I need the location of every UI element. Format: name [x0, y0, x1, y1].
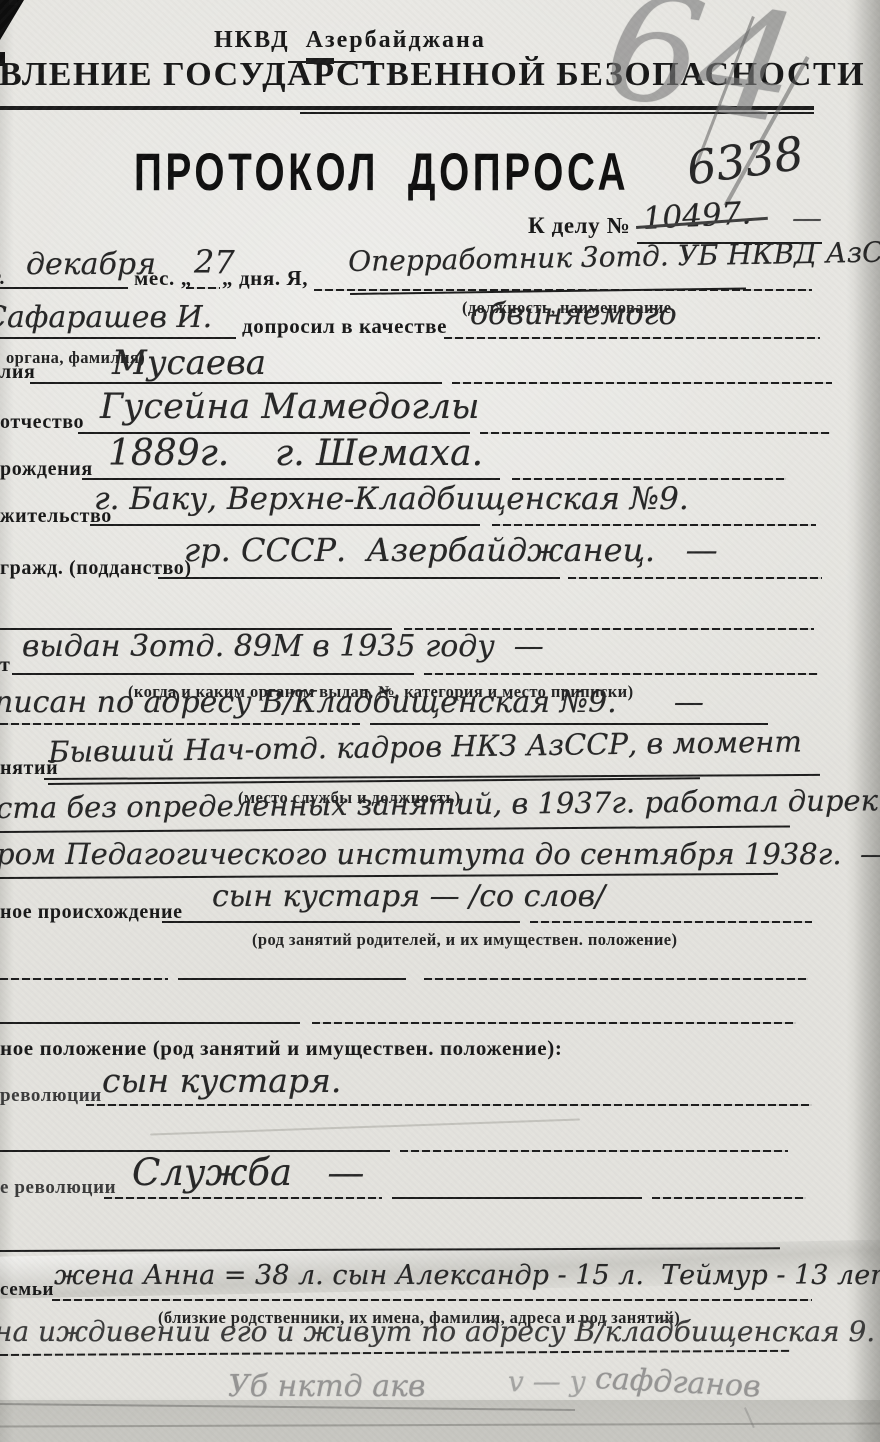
pencil-note-mid: v — у — [508, 1368, 586, 1396]
field-value-name-patronymic: Гусейна Мамедоглы — [100, 390, 480, 425]
scan-edge-nick — [9, 0, 17, 5]
form-rule — [0, 1247, 780, 1252]
field-sublabel-social-origin: (род занятий родителей, и их имуществен.… — [252, 932, 677, 949]
field-value-after-revolution: Служба — — [132, 1154, 364, 1191]
form-rule — [0, 978, 168, 980]
form-rule — [480, 432, 830, 434]
pencil-note-right: сафдганов — [594, 1364, 761, 1403]
scanned-interrogation-protocol: НКВД Азербайджана АВЛЕНИЕ ГОСУДАРСТВЕННО… — [0, 0, 880, 1442]
form-rule — [370, 723, 768, 725]
field-value-occupation: Бывший Нач-отд. кадров НКЗ АзССР, в моме… — [48, 727, 802, 767]
field-label-birth: рождения — [0, 459, 93, 479]
form-rule — [86, 1104, 812, 1106]
form-rule — [90, 524, 480, 526]
field-label-social-position: ное положение (род занятий и имуществен.… — [0, 1038, 562, 1059]
capacity-value: обвиняемого — [470, 300, 677, 330]
field-value-occupation-line2: ста без определенных занятий, в 1937г. р… — [0, 786, 880, 823]
form-rule — [444, 337, 820, 339]
day-label: „ дня. Я, — [222, 268, 308, 289]
org-name: НКВД Азербайджана — [214, 28, 486, 52]
field-label-passport: т — [0, 655, 10, 675]
pencil-note-left: Уб нктд акв — [228, 1372, 425, 1402]
field-value-passport: выдан 3отд. 89М в 1935 году — — [22, 632, 544, 662]
form-rule — [82, 478, 500, 480]
in-capacity-label: допросил в качестве — [242, 316, 447, 337]
paper-crease — [0, 1400, 880, 1442]
scan-edge-shadow — [846, 0, 880, 1442]
case-dash: — — [792, 204, 822, 234]
interrogator-name-value: Сафарашев И. — [0, 303, 212, 333]
form-rule — [312, 1022, 796, 1024]
field-value-citizenship: гр. СССР. Азербайджанец. — — [184, 534, 718, 566]
form-rule — [652, 1197, 806, 1199]
case-label: К делу № — [528, 214, 630, 237]
form-rule — [0, 825, 790, 833]
field-value-before-revolution: сын кустаря. — [102, 1064, 341, 1097]
case-number-crossed: 10497. — [642, 198, 752, 235]
field-value-occupation-line3: ром Педагогического института до сентябр… — [0, 840, 880, 869]
form-rule — [568, 577, 822, 579]
form-rule — [530, 921, 812, 923]
scan-corner-mark — [0, 0, 24, 40]
form-rule — [158, 577, 560, 579]
paper-crease — [150, 1118, 580, 1135]
field-label-social-origin: ное происхождение — [0, 902, 183, 922]
form-rule — [0, 337, 236, 339]
form-rule — [0, 287, 128, 289]
field-label-after-revolution: е революции — [0, 1178, 116, 1197]
form-rule — [400, 1150, 788, 1152]
form-rule — [178, 978, 406, 980]
field-value-surname: Мусаева — [112, 346, 266, 380]
pencil-stroke — [744, 1407, 755, 1428]
field-label-citizenship: гражд. (подданство) — [0, 558, 192, 578]
form-rule — [424, 673, 818, 675]
form-rule — [0, 723, 360, 725]
field-value-birth: 1889г. г. Шемаха. — [108, 436, 483, 472]
field-value-family-line2: на иждивении его и живут по адресу В/кла… — [0, 1318, 875, 1346]
form-rule — [12, 673, 414, 675]
form-rule — [104, 1197, 382, 1199]
form-rule — [512, 478, 786, 480]
paper-crease — [0, 1403, 575, 1411]
field-value-registration: писан по адресу В/Кладбищенская №9. — — [0, 688, 704, 718]
field-value-social-origin: сын кустаря — /со слов/ — [212, 882, 605, 912]
field-value-family: жена Анна = 38 л. сын Александр - 15 л. … — [54, 1262, 880, 1289]
field-value-residence: г. Баку, Верхне-Кладбищенская №9. — [94, 484, 689, 515]
form-rule — [424, 978, 808, 980]
form-rule — [0, 1350, 790, 1356]
form-rule — [0, 1022, 300, 1024]
form-rule — [492, 524, 816, 526]
form-rule — [162, 921, 520, 923]
field-label-family: семьи — [0, 1280, 54, 1299]
year-fragment: г. — [0, 268, 5, 288]
paper-crease — [0, 1422, 880, 1427]
month-label: мес. „ — [134, 268, 192, 289]
form-rule — [52, 1299, 812, 1301]
field-label-surname: лия — [0, 362, 35, 382]
doc-title: ПРОТОКОЛ ДОПРОСА — [134, 146, 629, 199]
registry-number: 6338 — [684, 130, 806, 192]
interrogator-position-value: Оперработник 3отд. УБ НКВД АзССР — [348, 238, 880, 276]
form-rule — [30, 382, 442, 384]
field-label-before-revolution: революции — [0, 1086, 102, 1105]
form-rule — [186, 287, 220, 289]
corner-page-number: 64 — [597, 0, 806, 146]
form-rule — [452, 382, 832, 384]
form-rule — [392, 1197, 642, 1199]
field-label-name-patronymic: отчество — [0, 412, 84, 432]
